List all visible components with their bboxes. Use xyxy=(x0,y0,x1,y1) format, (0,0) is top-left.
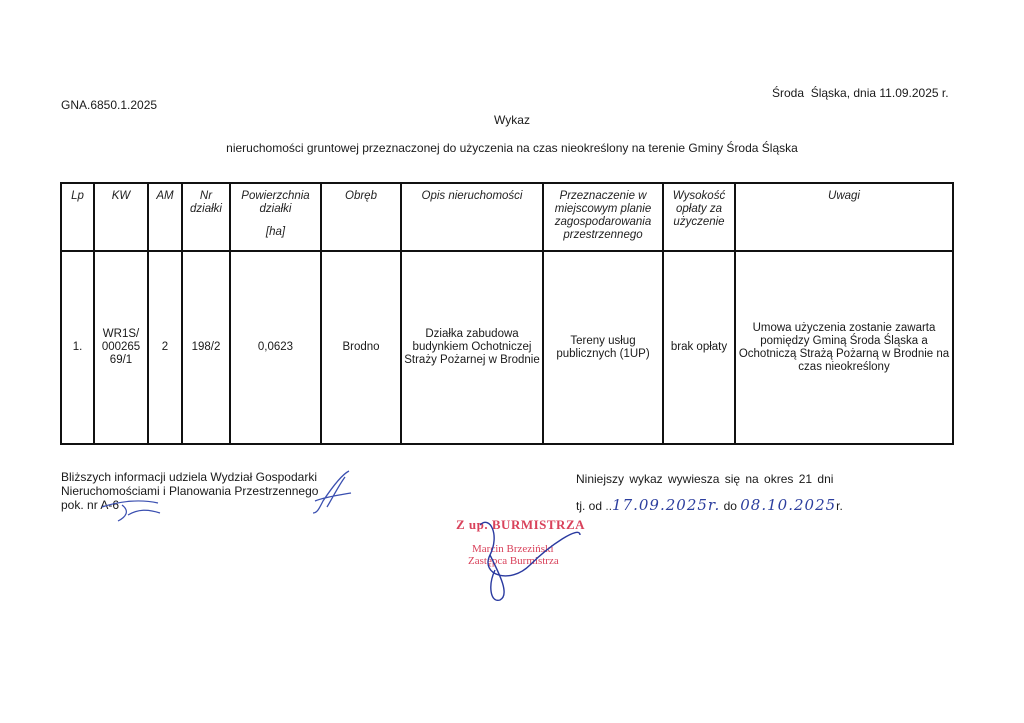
table-header-row: Lp KW AM Nr działki Powierzchnia działki… xyxy=(61,183,953,251)
info-line-2: Nieruchomościami i Planowania Przestrzen… xyxy=(61,484,318,498)
col-header-am: AM xyxy=(148,183,182,251)
cell-obreb: Brodno xyxy=(321,251,401,444)
period-suffix: r. xyxy=(836,499,843,513)
date-to: 08.10.2025 xyxy=(740,496,836,514)
col-header-powierzchnia: Powierzchnia działki[ha] xyxy=(230,183,321,251)
date-from: 17.09.2025r. xyxy=(612,496,720,514)
cell-uwagi: Umowa użyczenia zostanie zawarta pomiędz… xyxy=(735,251,953,444)
cell-powierzchnia: 0,0623 xyxy=(230,251,321,444)
table-row: 1. WR1S/ 000265 69/1 2 198/2 0,0623 Brod… xyxy=(61,251,953,444)
property-table: Lp KW AM Nr działki Powierzchnia działki… xyxy=(60,182,954,445)
stamp-line-2: Marcin Brzeziński xyxy=(472,543,585,555)
official-stamp: Z up. BURMISTRZA Marcin Brzeziński Zastę… xyxy=(456,517,585,567)
col-header-uwagi: Uwagi xyxy=(735,183,953,251)
col-header-obreb: Obręb xyxy=(321,183,401,251)
stamp-line-3: Zastępca Burmistrza xyxy=(468,555,585,567)
col-header-opis: Opis nieruchomości xyxy=(401,183,543,251)
subtitle-text: nieruchomości gruntowej przeznaczonej do… xyxy=(226,141,798,155)
info-line-1: Bliższych informacji udziela Wydział Gos… xyxy=(61,470,318,484)
stamp-line-1: Z up. BURMISTRZA xyxy=(456,517,585,533)
cell-opis: Działka zabudowa budynkiem Ochotniczej S… xyxy=(401,251,543,444)
cell-oplata: brak opłaty xyxy=(663,251,735,444)
period-prefix: tj. od xyxy=(576,499,602,513)
place-and-date: Środa Śląska, dnia 11.09.2025 r. xyxy=(772,86,949,100)
document-title: Wykaz xyxy=(0,113,1024,127)
col-header-przeznaczenie: Przeznaczenie w miejscowym planie zagosp… xyxy=(543,183,663,251)
info-line-3: pok. nr A-6 xyxy=(61,498,318,512)
document-subtitle: nieruchomości gruntowej przeznaczonej do… xyxy=(0,141,1024,155)
posting-notice: Niniejszy wykaz wywiesza się na okres 21… xyxy=(576,472,833,486)
contact-info: Bliższych informacji udziela Wydział Gos… xyxy=(61,470,318,512)
col-header-lp: Lp xyxy=(61,183,94,251)
col-header-oplata: Wysokość opłaty za użyczenie xyxy=(663,183,735,251)
cell-am: 2 xyxy=(148,251,182,444)
cell-nr-dzialki: 198/2 xyxy=(182,251,230,444)
col-header-nr-dzialki: Nr działki xyxy=(182,183,230,251)
col-header-kw: KW xyxy=(94,183,148,251)
document-reference: GNA.6850.1.2025 xyxy=(61,98,157,112)
cell-kw: WR1S/ 000265 69/1 xyxy=(94,251,148,444)
posting-period: tj. od ..17.09.2025r. do 08.10.2025r. xyxy=(576,496,843,514)
cell-przeznaczenie: Tereny usług publicznych (1UP) xyxy=(543,251,663,444)
cell-lp: 1. xyxy=(61,251,94,444)
period-mid: do xyxy=(724,499,737,513)
area-unit: [ha] xyxy=(233,226,318,239)
powierzchnia-label: Powierzchnia działki xyxy=(241,190,309,215)
